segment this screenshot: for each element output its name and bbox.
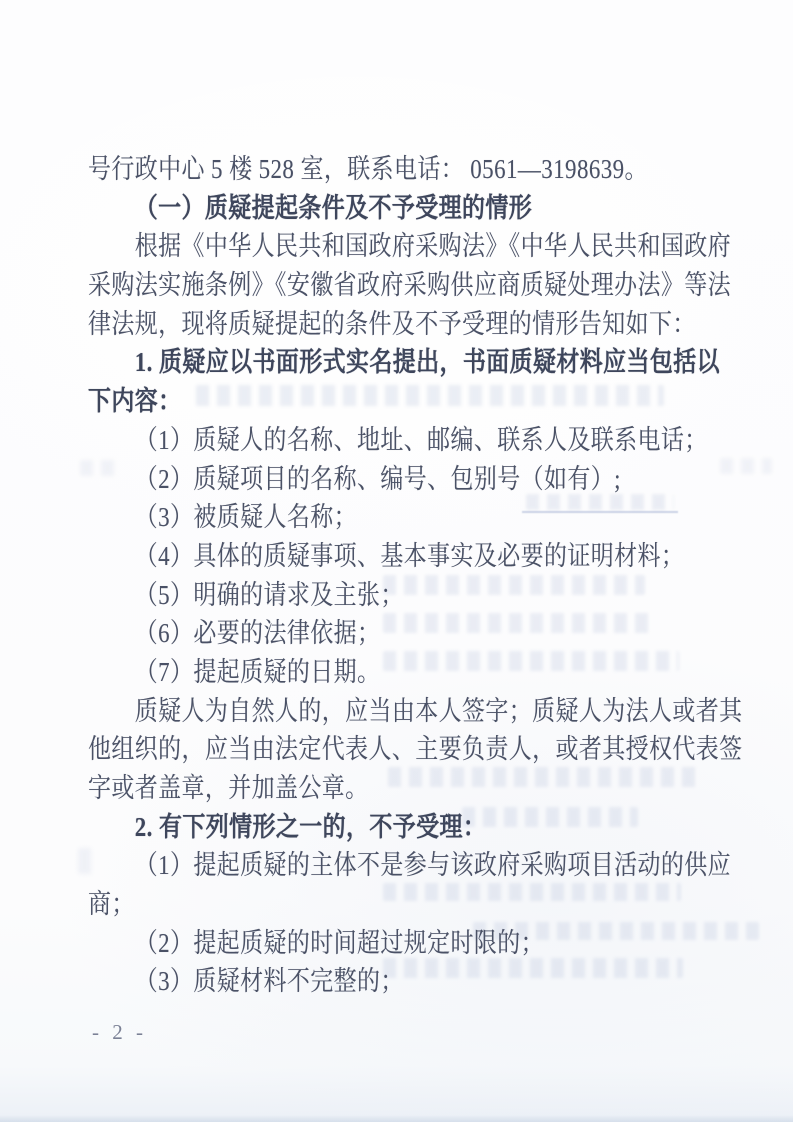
- text-line: （3）被质疑人名称；: [88, 498, 649, 537]
- text-line: 根据《中华人民共和国政府采购法》《中华人民共和国政府: [88, 227, 649, 266]
- text-line: 1. 质疑应以书面形式实名提出，书面质疑材料应当包括以: [88, 343, 649, 382]
- text-line: （一）质疑提起条件及不予受理的情形: [88, 189, 649, 228]
- text-line: 商；: [88, 885, 649, 924]
- scanned-document-page: 号行政中心 5 楼 528 室，联系电话： 0561—3198639。（一）质疑…: [0, 0, 793, 1122]
- text-line: （2）提起质疑的时间超过规定时限的；: [88, 924, 649, 963]
- text-line: （4）具体的质疑事项、基本事实及必要的证明材料；: [88, 537, 649, 576]
- text-line: （6）必要的法律依据；: [88, 614, 649, 653]
- text-line: 他组织的，应当由法定代表人、主要负责人，或者其授权代表签: [88, 730, 649, 769]
- text-line: 2. 有下列情形之一的，不予受理：: [88, 808, 649, 847]
- text-line: （1）提起质疑的主体不是参与该政府采购项目活动的供应: [88, 846, 649, 885]
- text-line: （5）明确的请求及主张；: [88, 576, 649, 615]
- document-body: 号行政中心 5 楼 528 室，联系电话： 0561—3198639。（一）质疑…: [88, 150, 748, 1001]
- text-line: 下内容：: [88, 382, 649, 421]
- text-line: 质疑人为自然人的，应当由本人签字；质疑人为法人或者其: [88, 692, 649, 731]
- page-number: - 2 -: [92, 1020, 147, 1045]
- text-line: （2）质疑项目的名称、编号、包别号（如有）;: [88, 460, 649, 499]
- text-line: 字或者盖章，并加盖公章。: [88, 769, 649, 808]
- text-line: （7）提起质疑的日期。: [88, 653, 649, 692]
- text-line: 采购法实施条例》《安徽省政府采购供应商质疑处理办法》等法: [88, 266, 649, 305]
- text-line: （3）质疑材料不完整的；: [88, 962, 649, 1001]
- text-line: （1）质疑人的名称、地址、邮编、联系人及联系电话；: [88, 421, 649, 460]
- text-line: 号行政中心 5 楼 528 室，联系电话： 0561—3198639。: [88, 150, 649, 189]
- text-line: 律法规，现将质疑提起的条件及不予受理的情形告知如下：: [88, 305, 649, 344]
